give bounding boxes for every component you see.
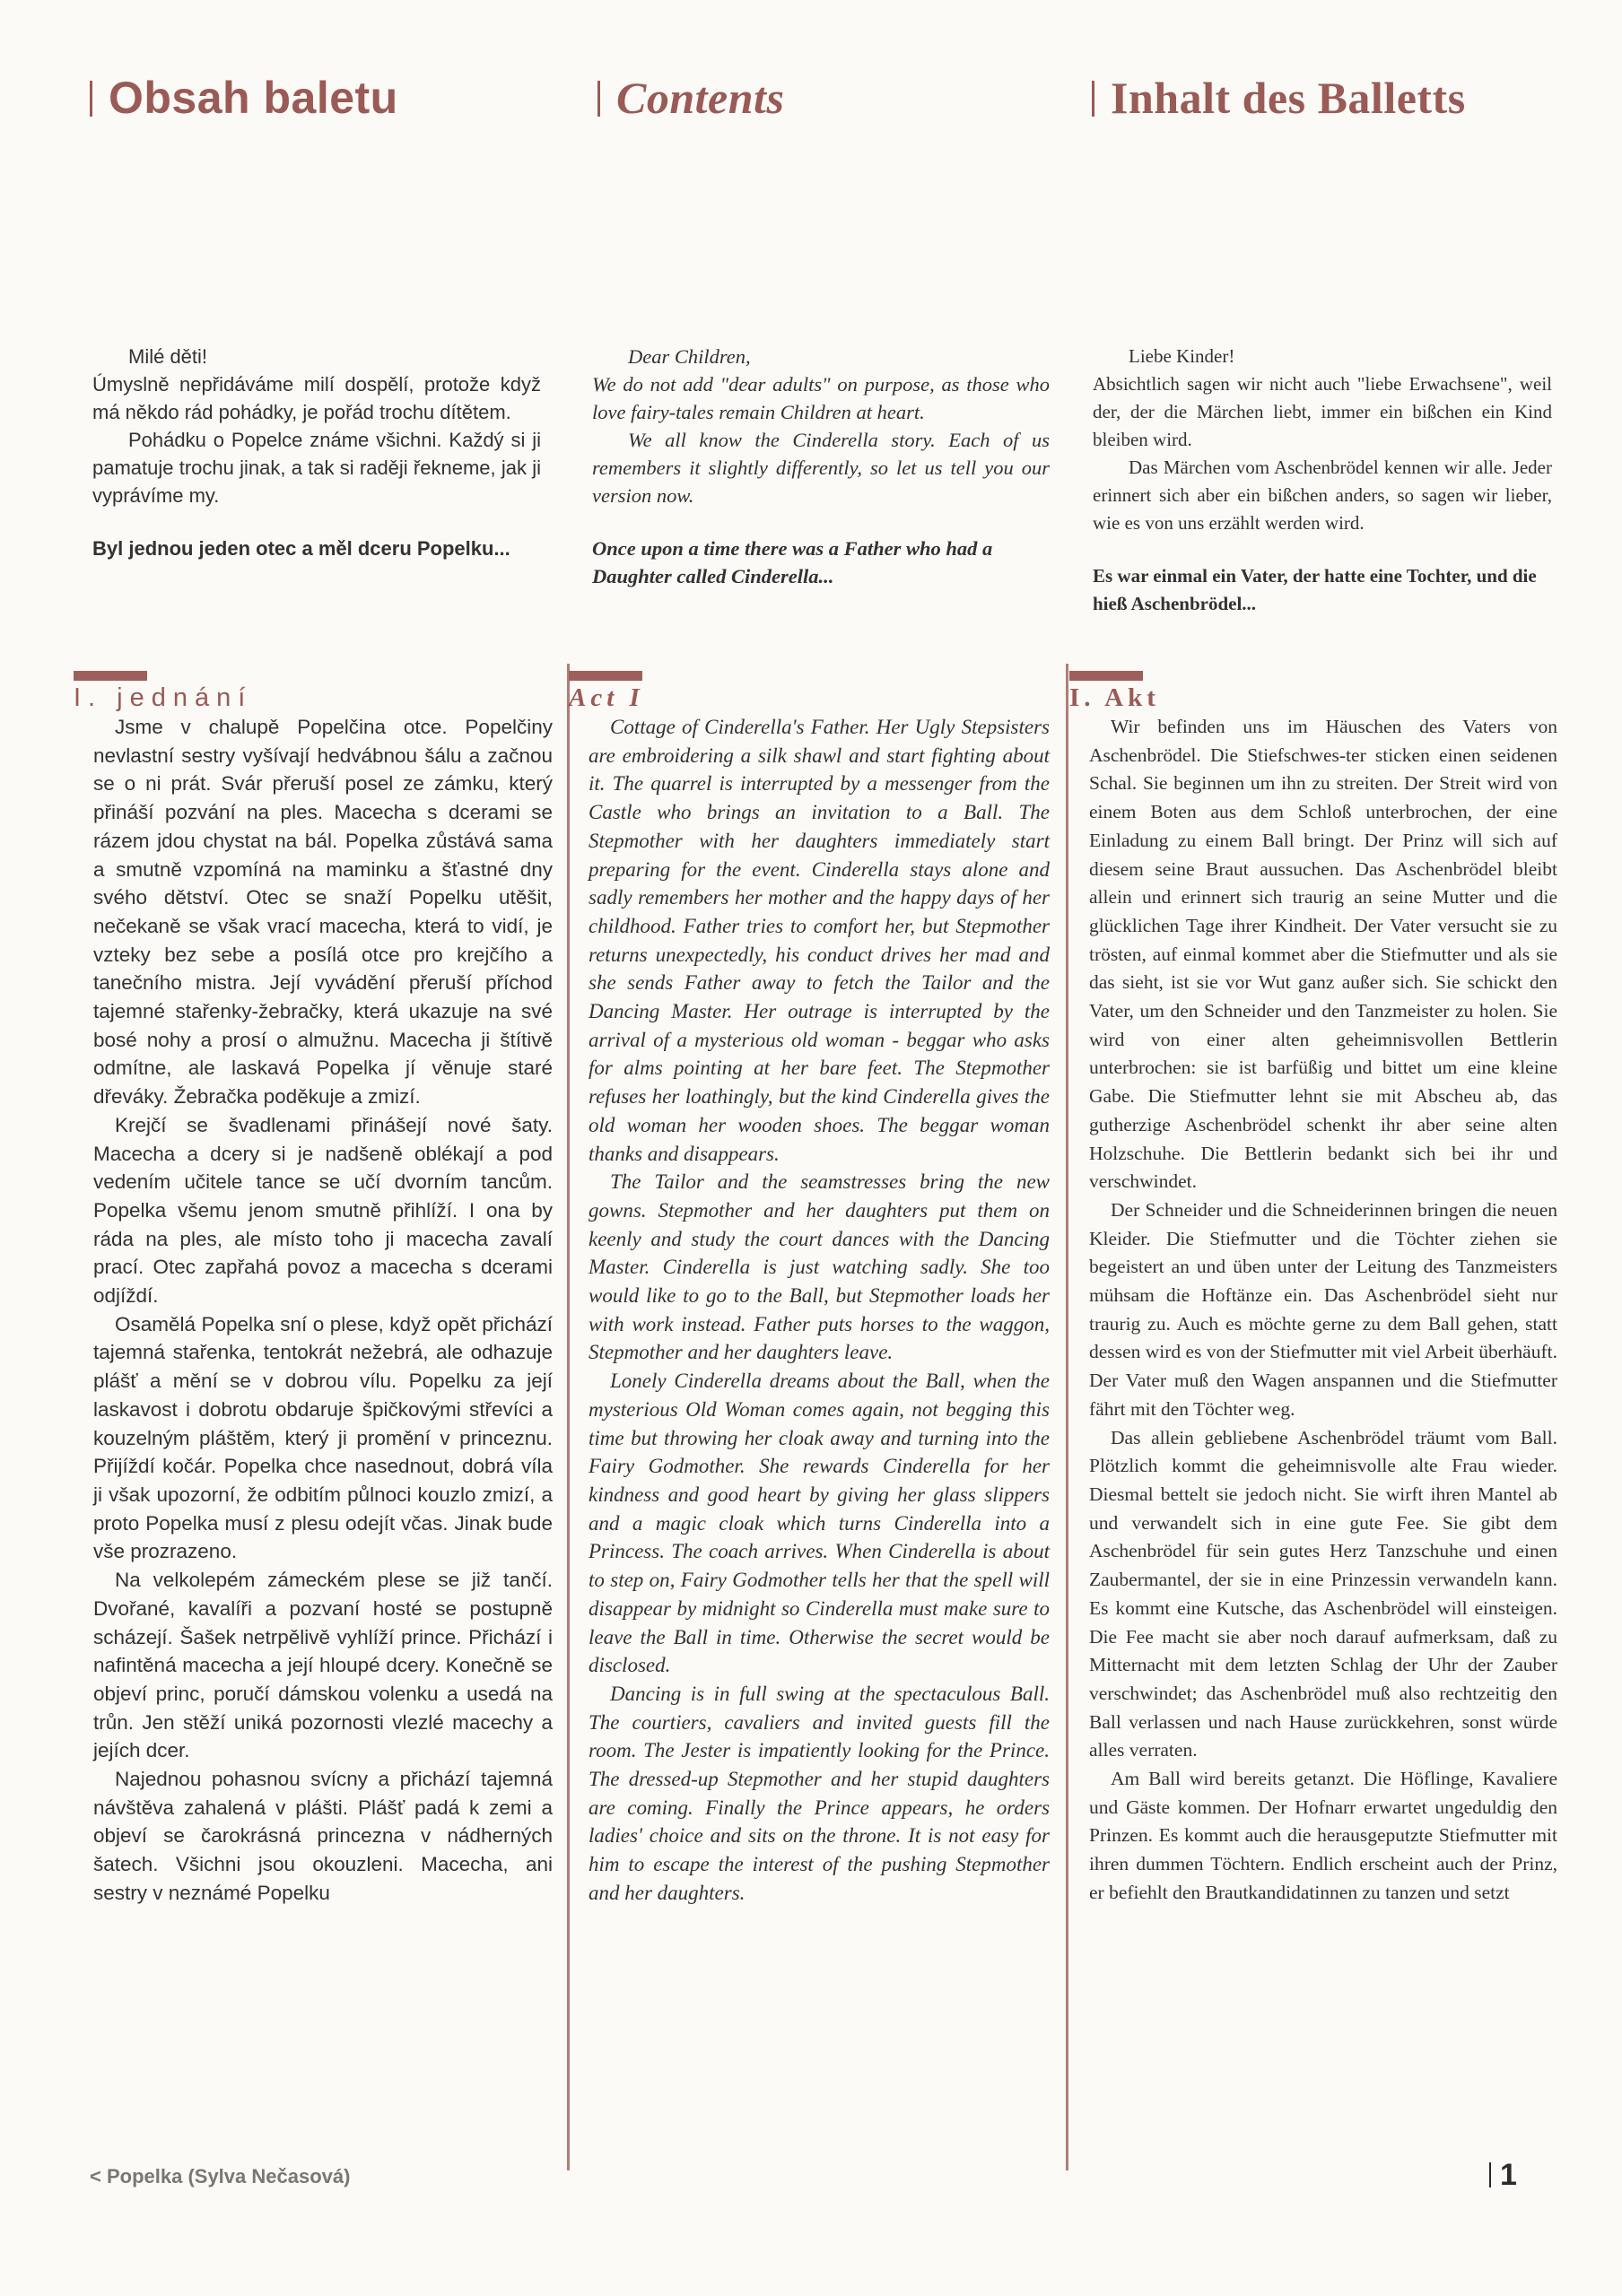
section-rule [74, 671, 147, 681]
title-czech-text: Obsah baletu [109, 73, 398, 123]
title-bar-icon [597, 81, 600, 117]
act-paragraph: Osamělá Popelka sní o plese, když opět p… [93, 1310, 553, 1566]
intro-paragraph: We do not add "dear adults" on purpose, … [592, 370, 1050, 426]
act-paragraph: Das allein gebliebene Aschenbrödel träum… [1089, 1424, 1557, 1765]
act-body: Wir befinden uns im Häuschen des Vaters … [1089, 713, 1557, 1908]
act-one-czech: I. jednání Jsme v chalupě Popelčina otce… [74, 671, 553, 1908]
column-divider [1066, 664, 1068, 2170]
section-rule [1069, 671, 1143, 681]
act-paragraph: Dancing is in full swing at the spectacu… [589, 1680, 1050, 1908]
act-paragraph: Najednou pohasnou svícny a přichází taje… [93, 1765, 553, 1908]
title-bar-icon [90, 81, 92, 117]
intro-paragraph: Absichtlich sagen wir nicht auch "liebe … [1093, 370, 1552, 454]
intro-german: Liebe Kinder! Absichtlich sagen wir nich… [1093, 343, 1552, 618]
act-paragraph: Der Schneider und die Schneiderinnen bri… [1089, 1196, 1557, 1424]
title-german: Inhalt des Balletts [1092, 72, 1466, 124]
intro-paragraph: Pohádku o Popelce známe všichni. Každý s… [92, 426, 541, 509]
intro-lead: Once upon a time there was a Father who … [592, 535, 1050, 590]
intro-greeting: Dear Children, [592, 343, 1050, 370]
intro-lead: Es war einmal ein Vater, der hatte eine … [1093, 562, 1552, 618]
title-english: Contents [597, 72, 784, 124]
act-heading: Act I [569, 683, 1050, 713]
act-one-english: Act I Cottage of Cinderella's Father. He… [569, 671, 1050, 1908]
act-one-german: I. Akt Wir befinden uns im Häuschen des … [1069, 671, 1557, 1908]
act-paragraph: Jsme v chalupě Popelčina otce. Popelčiny… [93, 713, 553, 1111]
title-german-text: Inhalt des Balletts [1111, 73, 1466, 123]
intro-paragraph: Das Märchen vom Aschenbrödel kennen wir … [1093, 454, 1552, 537]
intro-czech: Milé děti! Úmyslně nepřidáváme milí dosp… [92, 343, 541, 562]
title-bar-icon [1092, 81, 1094, 117]
intro-english: Dear Children, We do not add "dear adult… [592, 343, 1050, 590]
page-bar-icon [1489, 2162, 1491, 2187]
act-body: Cottage of Cinderella's Father. Her Ugly… [589, 713, 1050, 1908]
title-english-text: Contents [616, 73, 784, 123]
photo-caption: < Popelka (Sylva Nečasová) [90, 2165, 350, 2188]
intro-lead: Byl jednou jeden otec a měl dceru Popelk… [92, 535, 541, 562]
intro-greeting: Milé děti! [92, 343, 541, 370]
act-heading: I. Akt [1069, 683, 1557, 713]
intro-paragraph: Úmyslně nepřidáváme milí dospělí, protož… [92, 370, 541, 426]
act-paragraph: Cottage of Cinderella's Father. Her Ugly… [589, 713, 1050, 1168]
act-paragraph: Na velkolepém zámeckém plese se již tanč… [93, 1566, 553, 1765]
act-body: Jsme v chalupě Popelčina otce. Popelčiny… [93, 713, 553, 1908]
act-heading: I. jednání [74, 683, 553, 713]
act-paragraph: Krejčí se švadlenami přinášejí nové šaty… [93, 1111, 553, 1310]
title-czech: Obsah baletu [90, 72, 398, 124]
act-paragraph: Am Ball wird bereits getanzt. Die Höflin… [1089, 1765, 1557, 1908]
intro-greeting: Liebe Kinder! [1093, 343, 1552, 370]
act-paragraph: Wir befinden uns im Häuschen des Vaters … [1089, 713, 1557, 1196]
act-paragraph: The Tailor and the seamstresses bring th… [589, 1168, 1050, 1367]
section-rule [569, 671, 642, 681]
page-number-text: 1 [1500, 2158, 1517, 2192]
intro-paragraph: We all know the Cinderella story. Each o… [592, 426, 1050, 509]
page-number: 1 [1489, 2158, 1517, 2193]
act-paragraph: Lonely Cinderella dreams about the Ball,… [589, 1367, 1050, 1680]
